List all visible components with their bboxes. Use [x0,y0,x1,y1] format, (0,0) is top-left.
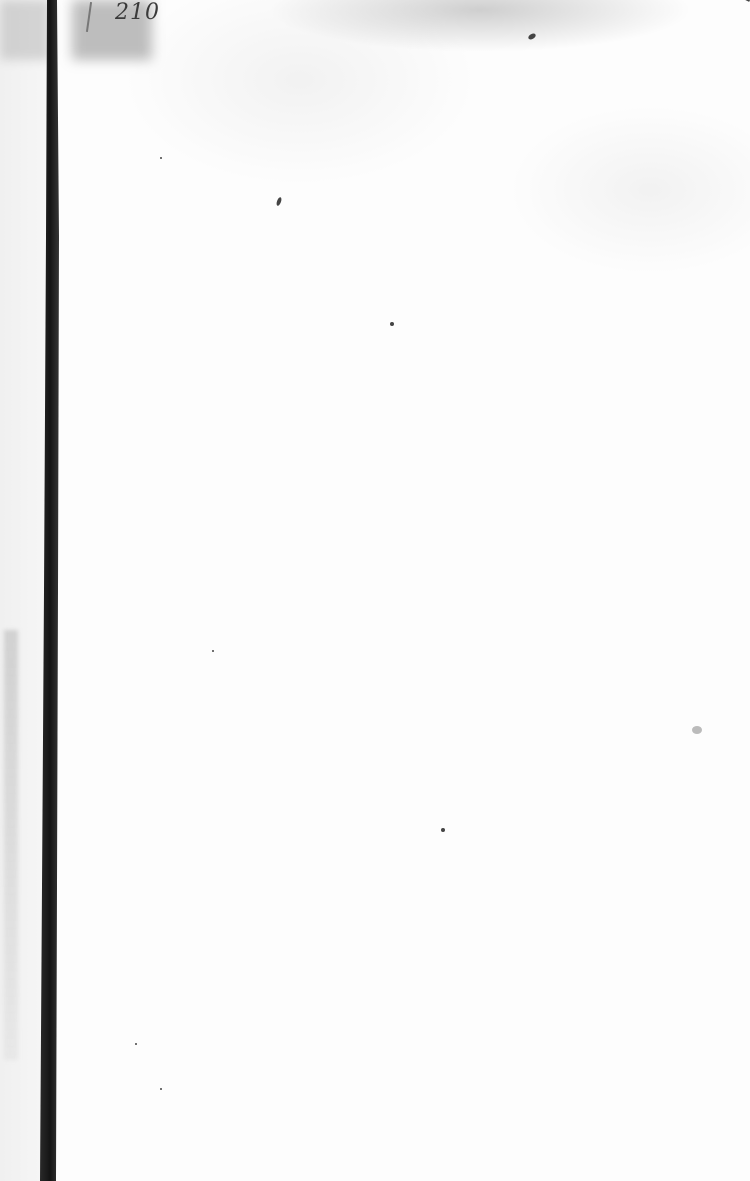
corner-crease [713,0,750,2]
handwritten-page-number: 210 [115,0,160,25]
scan-shadow [0,0,50,60]
ink-speck [160,1088,162,1090]
ink-speck [135,1043,137,1045]
ink-speck [527,32,536,40]
ink-speck [390,322,394,326]
ink-speck [160,157,162,159]
margin-stain [4,630,18,1060]
ink-speck [692,726,702,734]
ink-speck [441,828,445,832]
ink-speck [276,197,283,207]
scanned-page: 210 [0,0,750,1181]
ink-speck [212,650,214,652]
